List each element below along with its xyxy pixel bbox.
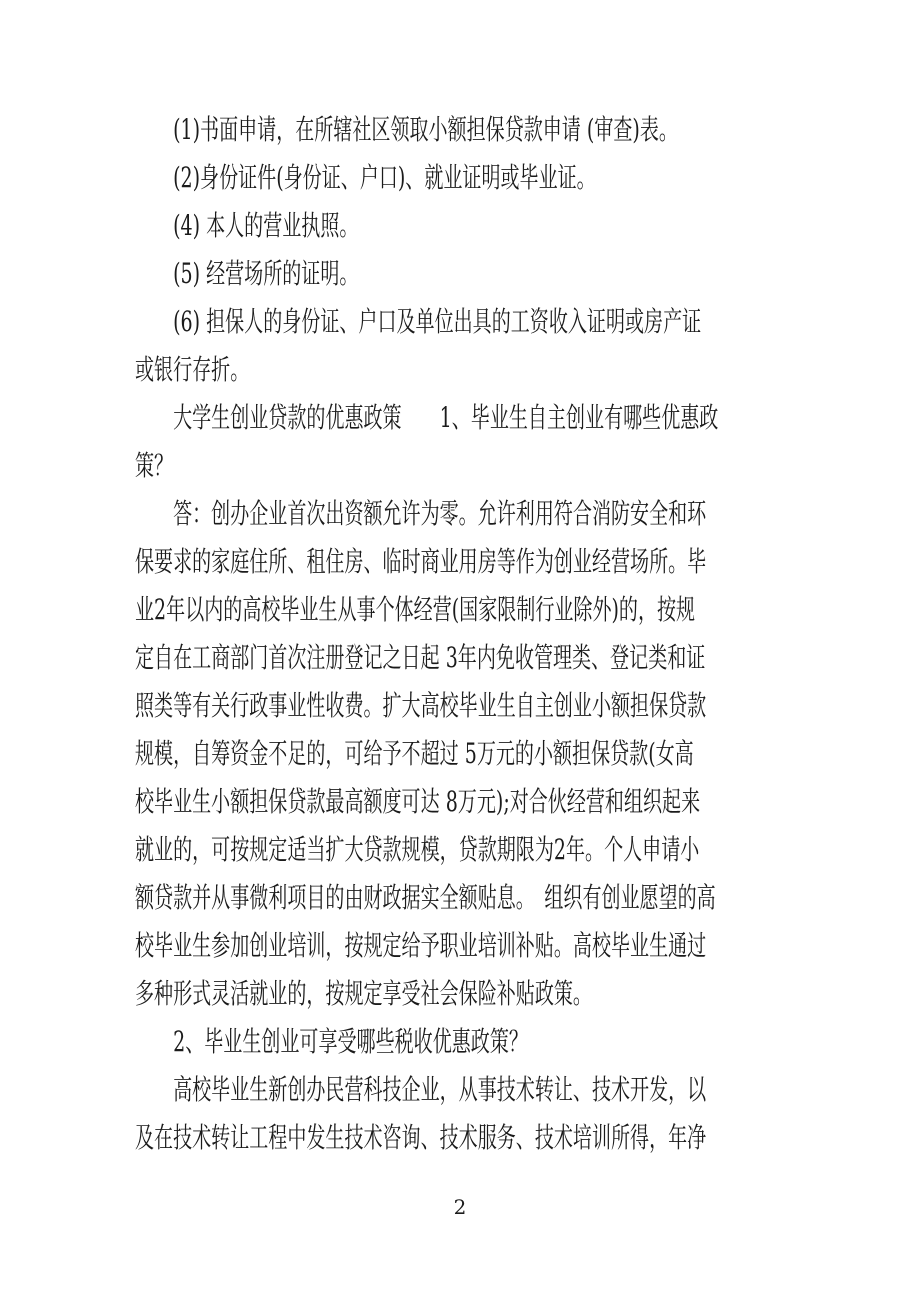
text-line: (1)书面申请，在所辖社区领取小额担保贷款申请 (审查)表。	[135, 106, 713, 154]
text-line: 高校毕业生新创办民营科技企业，从事技术转让、技术开发，以	[135, 1066, 713, 1114]
document-body: (1)书面申请，在所辖社区领取小额担保贷款申请 (审查)表。 (2)身份证件(身…	[135, 106, 920, 1162]
text-line: 额贷款并从事微利项目的由财政据实全额贴息。 组织有创业愿望的高	[135, 874, 713, 922]
text-line: 及在技术转让工程中发生技术咨询、技术服务、技术培训所得，年净	[135, 1114, 713, 1162]
text-line: 策？	[135, 442, 713, 490]
text-line: (5) 经营场所的证明。	[135, 250, 713, 298]
text-line: 业2年以内的高校毕业生从事个体经营(国家限制行业除外)的，按规	[135, 586, 713, 634]
text-line: (6) 担保人的身份证、户口及单位出具的工资收入证明或房产证	[135, 298, 713, 346]
text-line: (2)身份证件(身份证、户口)、就业证明或毕业证。	[135, 154, 713, 202]
text-line: 校毕业生参加创业培训，按规定给予职业培训补贴。高校毕业生通过	[135, 922, 713, 970]
text-line: 照类等有关行政事业性收费。扩大高校毕业生自主创业小额担保贷款	[135, 682, 713, 730]
text-line: 2、毕业生创业可享受哪些税收优惠政策？	[135, 1018, 713, 1066]
text-line: 定自在工商部门首次注册登记之日起 3年内免收管理类、登记类和证	[135, 634, 713, 682]
document-page: (1)书面申请，在所辖社区领取小额担保贷款申请 (审查)表。 (2)身份证件(身…	[0, 0, 920, 1303]
text-line: (4) 本人的营业执照。	[135, 202, 713, 250]
text-line: 校毕业生小额担保贷款最高额度可达 8万元);对合伙经营和组织起来	[135, 778, 713, 826]
text-line: 或银行存折。	[135, 346, 713, 394]
text-line: 多种形式灵活就业的，按规定享受社会保险补贴政策。	[135, 970, 713, 1018]
page-number: 2	[0, 1193, 920, 1221]
text-line: 保要求的家庭住所、租住房、临时商业用房等作为创业经营场所。毕	[135, 538, 713, 586]
text-line: 就业的，可按规定适当扩大贷款规模，贷款期限为2年。个人申请小	[135, 826, 713, 874]
text-line: 大学生创业贷款的优惠政策 1、毕业生自主创业有哪些优惠政	[135, 394, 713, 442]
text-line: 答：创办企业首次出资额允许为零。允许利用符合消防安全和环	[135, 490, 713, 538]
text-line: 规模，自筹资金不足的，可给予不超过 5万元的小额担保贷款(女高	[135, 730, 713, 778]
